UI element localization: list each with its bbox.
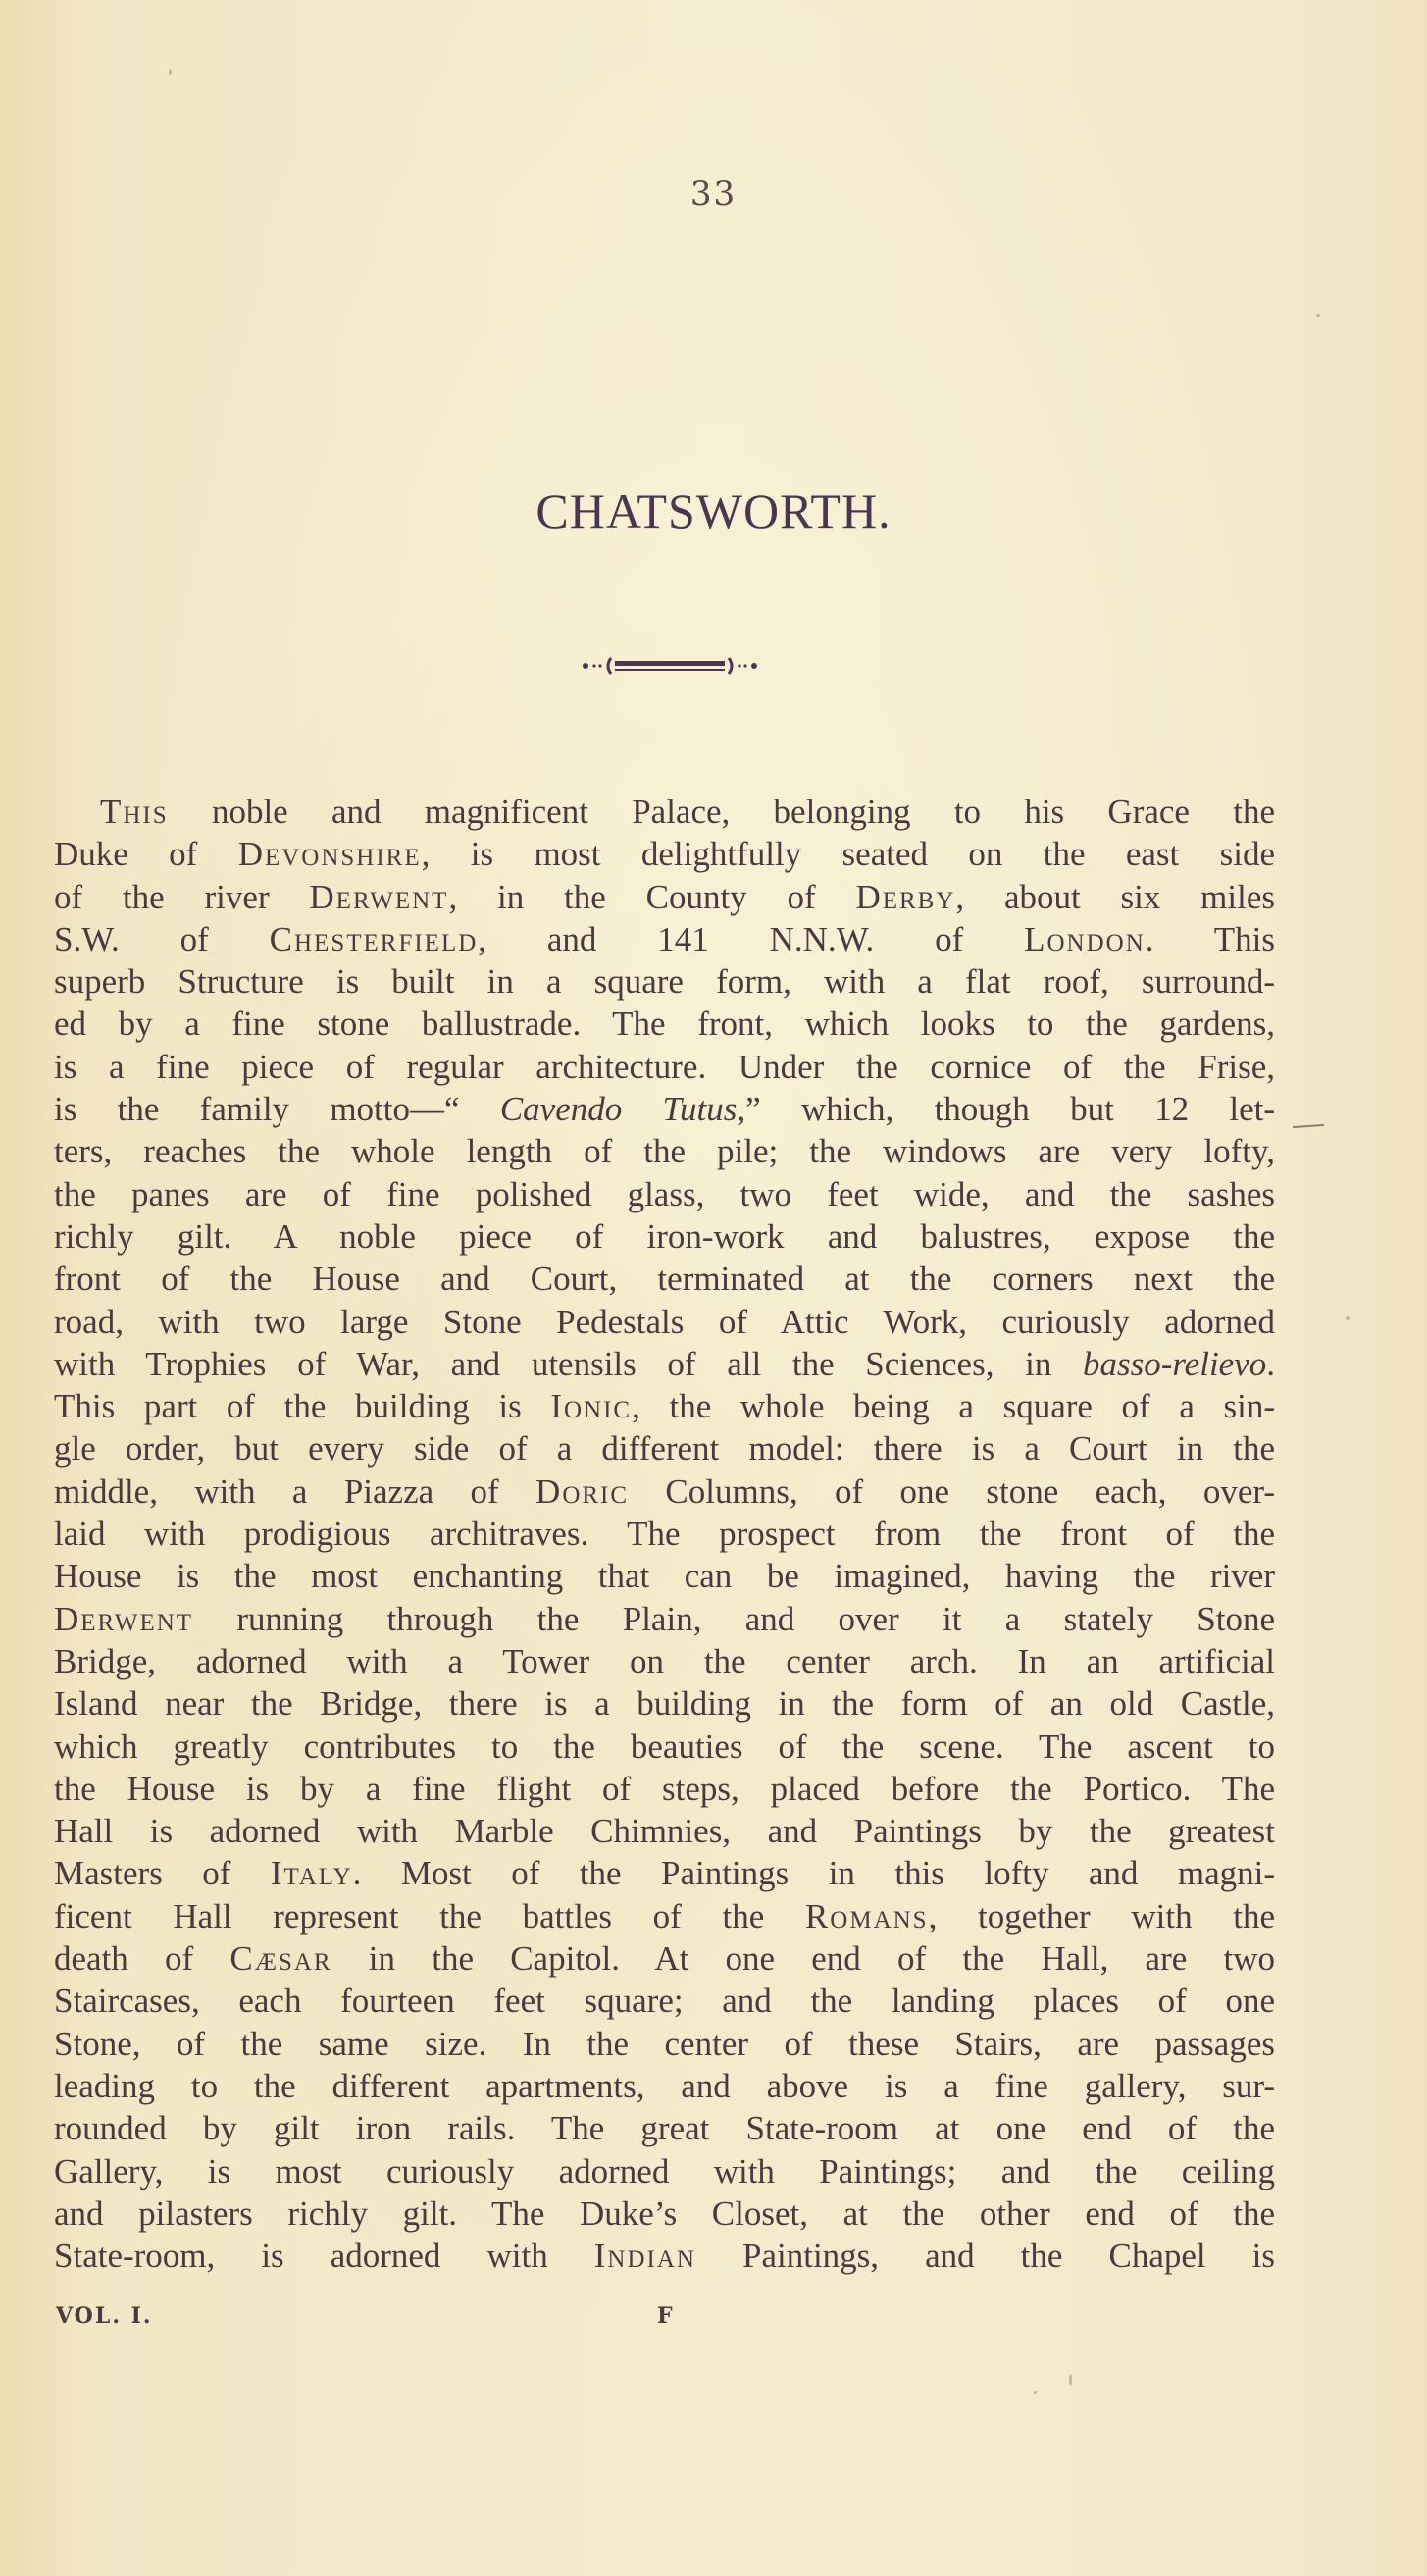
text-line: with Trophies of War, and utensils of al… [54, 1343, 1275, 1385]
text-run: the panes are of fine polished glass, tw… [54, 1175, 1275, 1213]
text-line: Derwent running through the Plain, and o… [54, 1598, 1275, 1640]
text-run: Columns, of one stone each, over- [629, 1472, 1275, 1511]
text-run: Paintings, and the Chapel is [696, 2237, 1275, 2275]
text-line: of the river Derwent, in the County of D… [54, 876, 1275, 918]
page-number: 33 [0, 175, 1427, 214]
text-run: Duke of [54, 835, 238, 873]
small-caps-term: London [1024, 920, 1146, 958]
text-line: ed by a fine stone ballustrade. The fron… [54, 1003, 1275, 1045]
margin-pencil-mark [1293, 1124, 1324, 1128]
text-run: noble and magnificent Palace, belonging … [169, 793, 1275, 831]
text-line: Bridge, adorned with a Tower on the cent… [54, 1640, 1275, 1682]
text-run: the House is by a fine flight of steps, … [54, 1770, 1275, 1808]
text-run: which greatly contributes to the beautie… [54, 1727, 1275, 1766]
text-run: rounded by gilt iron rails. The great St… [54, 2109, 1275, 2147]
signature-volume: VOL. I. [56, 2303, 153, 2329]
small-caps-term: Devonshire [238, 835, 422, 873]
text-line: rounded by gilt iron rails. The great St… [54, 2107, 1275, 2149]
text-run: This part of the building is [54, 1387, 550, 1425]
text-run: is the family motto—“ [54, 1090, 500, 1128]
text-run: is a fine piece of regular architecture.… [54, 1048, 1275, 1086]
text-run: ficent Hall represent the battles of the [54, 1897, 805, 1935]
text-line: is a fine piece of regular architecture.… [54, 1046, 1275, 1088]
small-caps-term: Romans [805, 1897, 929, 1935]
text-line: richly gilt. A noble piece of iron-work … [54, 1215, 1275, 1258]
text-line: Duke of Devonshire, is most delightfully… [54, 833, 1275, 875]
text-run: Hall is adorned with Marble Chimnies, an… [54, 1812, 1275, 1850]
text-run: Gallery, is most curiously adorned with … [54, 2152, 1275, 2190]
small-caps-term: Cæsar [229, 1939, 331, 1978]
text-line: death of Cæsar in the Capitol. At one en… [54, 1937, 1275, 1980]
text-line: Island near the Bridge, there is a build… [54, 1682, 1275, 1725]
text-line: which greatly contributes to the beautie… [54, 1726, 1275, 1768]
italic-term: Cavendo Tutus, [500, 1090, 745, 1128]
text-run: and pilasters richly gilt. The Duke’s Cl… [54, 2194, 1275, 2233]
text-line: the House is by a fine flight of steps, … [54, 1768, 1275, 1810]
text-run: , and 141 N.N.W. of [478, 920, 1024, 958]
text-run: ” which, though but 12 let- [745, 1090, 1275, 1128]
small-caps-term: Derwent [54, 1600, 193, 1638]
text-line: ters, reaches the whole length of the pi… [54, 1130, 1275, 1172]
text-run: House is the most enchanting that can be… [54, 1557, 1275, 1595]
text-run: , the whole being a square of a sin- [632, 1387, 1275, 1425]
small-caps-term: Doric [535, 1472, 629, 1511]
text-line: middle, with a Piazza of Doric Columns, … [54, 1470, 1275, 1513]
text-run: death of [54, 1939, 229, 1978]
paper-speck [169, 69, 172, 75]
text-run: front of the House and Court, terminated… [54, 1260, 1275, 1298]
text-run: with Trophies of War, and utensils of al… [54, 1345, 1083, 1383]
text-line: Stone, of the same size. In the center o… [54, 2023, 1275, 2065]
text-line: the panes are of fine polished glass, tw… [54, 1173, 1275, 1215]
text-run: leading to the different apartments, and… [54, 2067, 1275, 2105]
text-line: Masters of Italy. Most of the Paintings … [54, 1852, 1275, 1894]
small-caps-term: Ionic [550, 1387, 632, 1425]
text-run: ters, reaches the whole length of the pi… [54, 1132, 1275, 1170]
text-run: . Most of the Paintings in this lofty an… [353, 1854, 1275, 1892]
text-line: This part of the building is Ionic, the … [54, 1385, 1275, 1427]
text-run: in the Capitol. At one end of the Hall, … [332, 1939, 1275, 1978]
text-run: road, with two large Stone Pedestals of … [54, 1303, 1275, 1341]
text-line: S.W. of Chesterfield, and 141 N.N.W. of … [54, 918, 1275, 960]
text-line: ficent Hall represent the battles of the… [54, 1895, 1275, 1937]
text-line: Staircases, each fourteen feet square; a… [54, 1980, 1275, 2022]
small-caps-term: Derwent [309, 878, 448, 916]
text-run: , about six miles [955, 878, 1275, 916]
text-run: . [1266, 1345, 1275, 1383]
paper-speck [1316, 314, 1320, 317]
text-run: Bridge, adorned with a Tower on the cent… [54, 1642, 1275, 1680]
text-line: leading to the different apartments, and… [54, 2065, 1275, 2107]
chapter-title: CHATSWORTH. [0, 483, 1427, 540]
text-run: S.W. of [54, 920, 270, 958]
text-run: superb Structure is built in a square fo… [54, 962, 1275, 1001]
text-line: House is the most enchanting that can be… [54, 1555, 1275, 1597]
text-line: front of the House and Court, terminated… [54, 1258, 1275, 1300]
italic-term: basso-relievo [1083, 1345, 1266, 1383]
rule-ornament-icon [582, 655, 758, 677]
text-run: richly gilt. A noble piece of iron-work … [54, 1217, 1275, 1256]
text-line: laid with prodigious architraves. The pr… [54, 1513, 1275, 1555]
text-run: , in the County of [448, 878, 855, 916]
small-caps-term: Italy [271, 1854, 353, 1892]
text-line: superb Structure is built in a square fo… [54, 960, 1275, 1003]
text-line: and pilasters richly gilt. The Duke’s Cl… [54, 2192, 1275, 2235]
text-line: State-room, is adorned with Indian Paint… [54, 2235, 1275, 2277]
text-run: , is most delightfully seated on the eas… [422, 835, 1275, 873]
text-run: Island near the Bridge, there is a build… [54, 1684, 1275, 1723]
body-paragraph: This noble and magnificent Palace, belon… [54, 791, 1275, 2277]
text-line: road, with two large Stone Pedestals of … [54, 1301, 1275, 1343]
text-run: ed by a fine stone ballustrade. The fron… [54, 1005, 1275, 1043]
book-page: 33 CHATSWORTH. This noble and magnificen… [0, 0, 1427, 2576]
text-run: middle, with a Piazza of [54, 1472, 535, 1511]
text-line: Hall is adorned with Marble Chimnies, an… [54, 1810, 1275, 1852]
text-run: . This [1146, 920, 1275, 958]
text-run: Staircases, each fourteen feet square; a… [54, 1982, 1275, 2020]
paper-speck [1346, 1316, 1350, 1320]
text-line: This noble and magnificent Palace, belon… [54, 791, 1275, 833]
paper-speck [1034, 2391, 1037, 2394]
text-run: gle order, but every side of a different… [54, 1429, 1275, 1468]
text-run: Stone, of the same size. In the center o… [54, 2025, 1275, 2063]
text-run: running through the Plain, and over it a… [193, 1600, 1275, 1638]
small-caps-term: Chesterfield [270, 920, 479, 958]
small-caps-term: Derby [855, 878, 955, 916]
text-run: , together with the [929, 1897, 1275, 1935]
paper-speck [1069, 2374, 1072, 2386]
small-caps-term: Indian [594, 2237, 696, 2275]
text-line: Gallery, is most curiously adorned with … [54, 2150, 1275, 2192]
text-line: is the family motto—“ Cavendo Tutus,” wh… [54, 1088, 1275, 1130]
small-caps-term: This [100, 793, 169, 831]
text-line: gle order, but every side of a different… [54, 1427, 1275, 1469]
text-run: laid with prodigious architraves. The pr… [54, 1515, 1275, 1553]
text-run: State-room, is adorned with [54, 2237, 594, 2275]
text-run: Masters of [54, 1854, 271, 1892]
text-run: of the river [54, 878, 309, 916]
signature-mark: F [657, 2303, 673, 2329]
